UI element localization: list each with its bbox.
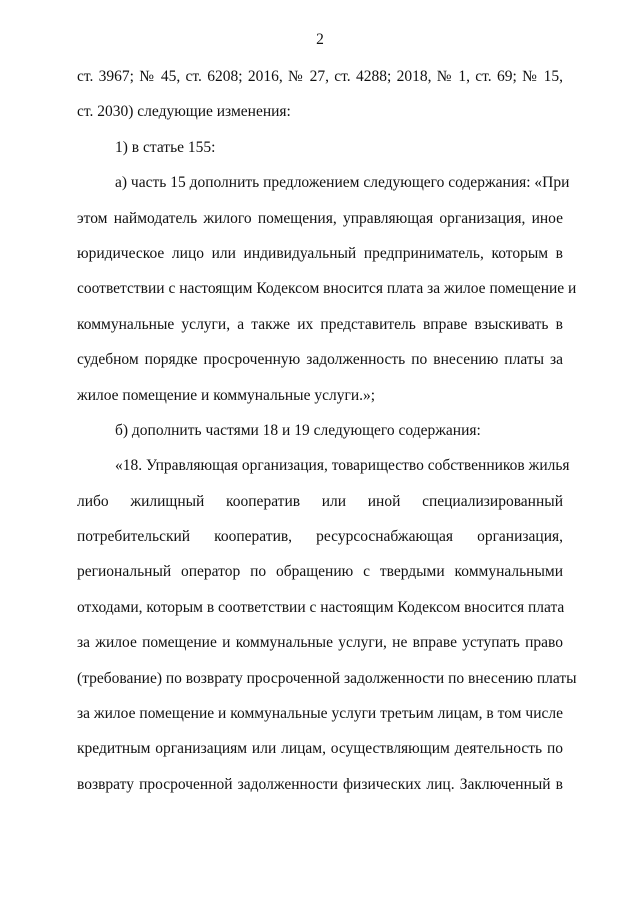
text-line: а) часть 15 дополнить предложением следу… <box>77 170 563 205</box>
text-line: жилое помещение и коммунальные услуги.»; <box>77 383 563 418</box>
text-line: региональный оператор по обращению с тве… <box>77 559 563 594</box>
text-line: кредитным организациям или лицам, осущес… <box>77 736 563 771</box>
text-line: коммунальные услуги, а также их представ… <box>77 312 563 347</box>
text-line: ст. 2030) следующие изменения: <box>77 99 563 134</box>
text-line: потребительский кооператив, ресурсоснабж… <box>77 524 563 559</box>
text-line: за жилое помещение и коммунальные услуги… <box>77 630 563 665</box>
text-line: отходами, которым в соответствии с насто… <box>77 595 563 630</box>
text-line: соответствии с настоящим Кодексом вносит… <box>77 276 563 311</box>
text-line: возврату просроченной задолженности физи… <box>77 772 563 807</box>
text-line: судебном порядке просроченную задолженно… <box>77 347 563 382</box>
text-line: либо жилищный кооператив или иной специа… <box>77 489 563 524</box>
text-line: 1) в статье 155: <box>77 135 563 170</box>
text-line: этом наймодатель жилого помещения, управ… <box>77 206 563 241</box>
text-line: за жилое помещение и коммунальные услуги… <box>77 701 563 736</box>
text-line: ст. 3967; № 45, ст. 6208; 2016, № 27, ст… <box>77 64 563 99</box>
text-line: (требование) по возврату просроченной за… <box>77 666 563 701</box>
text-line: юридическое лицо или индивидуальный пред… <box>77 241 563 276</box>
page-number: 2 <box>0 31 640 49</box>
document-body: ст. 3967; № 45, ст. 6208; 2016, № 27, ст… <box>77 64 563 807</box>
text-line: б) дополнить частями 18 и 19 следующего … <box>77 418 563 453</box>
text-line: «18. Управляющая организация, товарищест… <box>77 453 563 488</box>
document-page: 2 ст. 3967; № 45, ст. 6208; 2016, № 27, … <box>0 0 640 905</box>
